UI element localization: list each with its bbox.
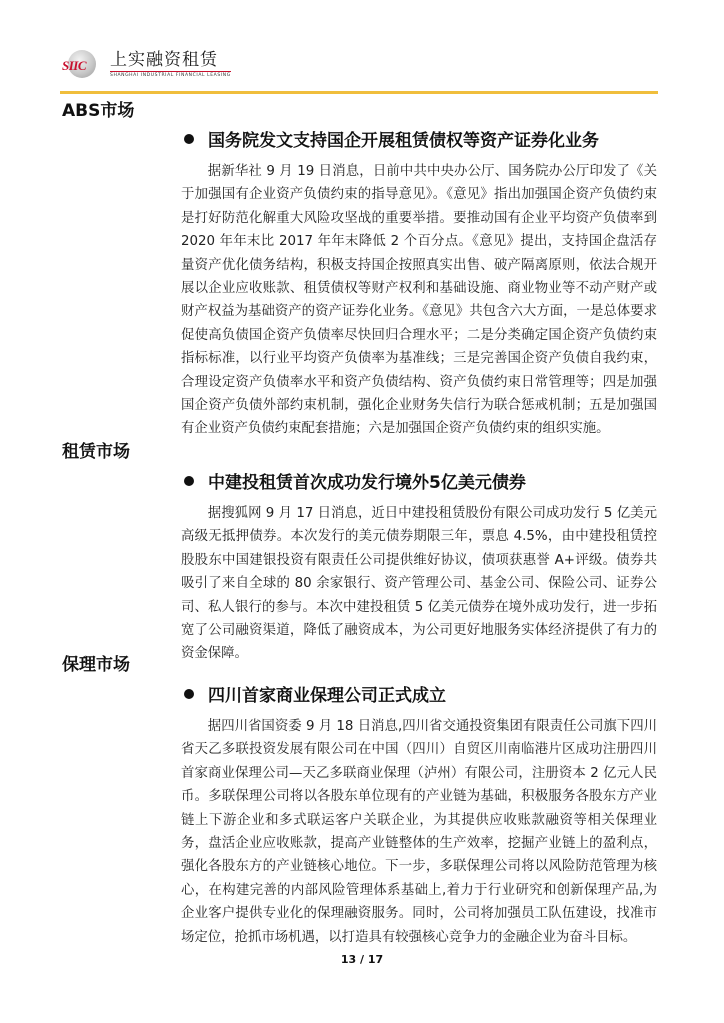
company-name-cn: 上实融资租赁 bbox=[110, 50, 231, 72]
bullet-icon bbox=[184, 476, 194, 486]
bullet-icon bbox=[184, 134, 194, 144]
logo-mark-text: SIIC bbox=[62, 58, 86, 74]
logo-text: 上实融资租赁 SHANGHAI INDUSTRIAL FINANCIAL LEA… bbox=[110, 50, 231, 79]
article-body-leasing: 据搜狐网 9 月 17 日消息，近日中建投租赁股份有限公司成功发行 5 亿美元高… bbox=[181, 502, 657, 666]
page-number: 13 / 17 bbox=[0, 953, 724, 966]
headline-text: 中建投租赁首次成功发行境外5亿美元债券 bbox=[208, 468, 526, 493]
article-body-factoring: 据四川省国资委 9 月 18 日消息,四川省交通投资集团有限责任公司旗下四川省天… bbox=[181, 715, 657, 949]
article-headline-factoring: 四川首家商业保理公司正式成立 bbox=[184, 681, 446, 706]
company-header: SIIC 上实融资租赁 SHANGHAI INDUSTRIAL FINANCIA… bbox=[62, 46, 231, 82]
article-headline-abs: 国务院发文支持国企开展租赁债权等资产证券化业务 bbox=[184, 126, 599, 151]
company-name-en: SHANGHAI INDUSTRIAL FINANCIAL LEASING bbox=[110, 72, 231, 79]
headline-text: 四川首家商业保理公司正式成立 bbox=[208, 681, 446, 706]
section-title-leasing: 租赁市场 bbox=[62, 437, 130, 462]
headline-text: 国务院发文支持国企开展租赁债权等资产证券化业务 bbox=[208, 126, 599, 151]
article-headline-leasing: 中建投租赁首次成功发行境外5亿美元债券 bbox=[184, 468, 526, 493]
article-body-abs: 据新华社 9 月 19 日消息，日前中共中央办公厅、国务院办公厅印发了《关于加强… bbox=[181, 160, 657, 441]
bullet-icon bbox=[184, 689, 194, 699]
header-divider bbox=[60, 91, 658, 94]
siic-logo-icon: SIIC bbox=[62, 49, 106, 79]
section-title-factoring: 保理市场 bbox=[62, 650, 130, 675]
section-title-abs: ABS市场 bbox=[62, 96, 134, 121]
